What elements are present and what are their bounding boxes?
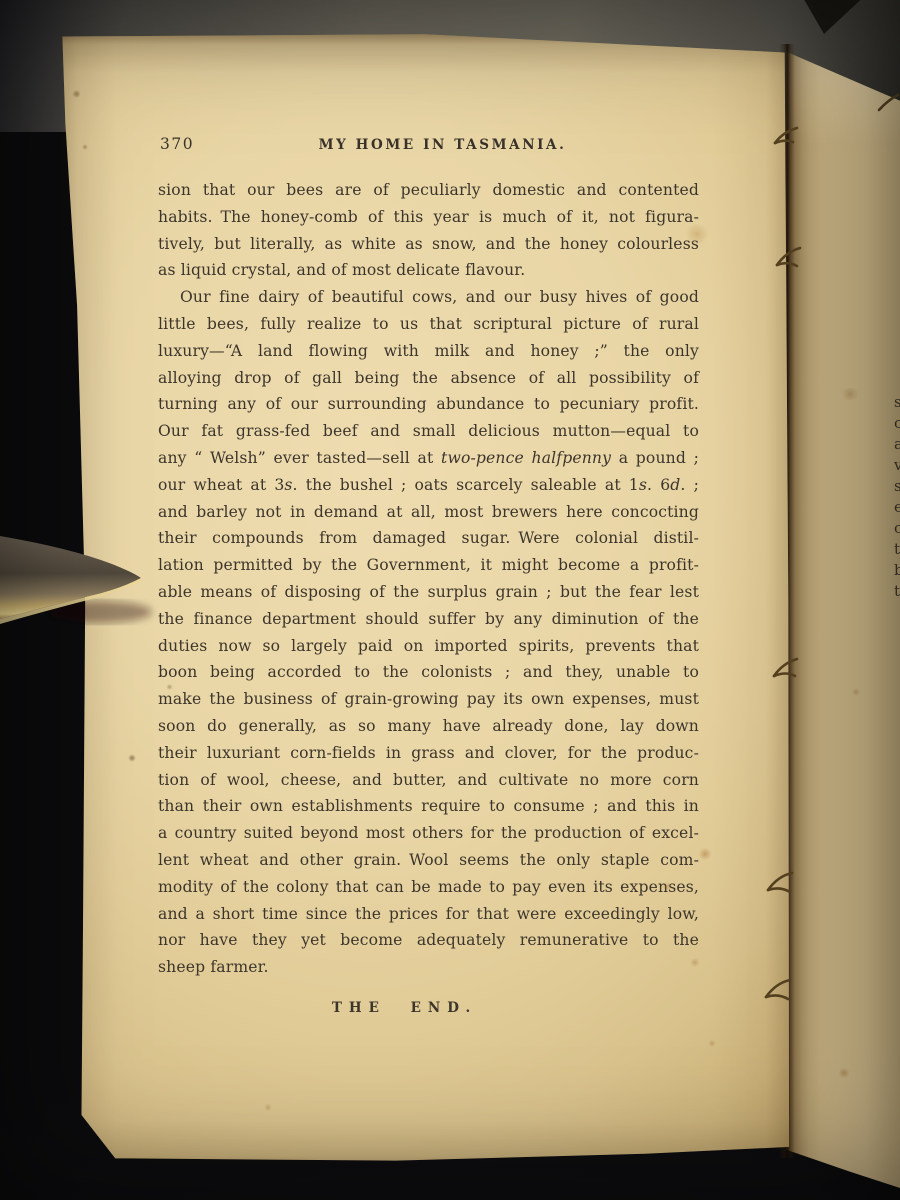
text-line: lent wheat and other grain. Wool seems t… (158, 847, 699, 874)
text-line: lation permitted by the Government, it m… (158, 552, 699, 579)
edge-letter-fragment: s (894, 476, 900, 497)
text-line: luxury—“A land flowing with milk and hon… (158, 338, 699, 365)
edge-letter-fragment: b (894, 560, 900, 581)
text-line: their luxuriant corn-fields in grass and… (158, 740, 699, 767)
book-fore-edge-pages (786, 0, 900, 1200)
edge-letter-fragment: t (894, 539, 900, 560)
text-line: and barley not in demand at all, most br… (158, 499, 699, 526)
stain-spot (82, 144, 88, 150)
text-line: sion that our bees are of peculiarly dom… (158, 177, 699, 204)
text-line: their compounds from damaged sugar. Were… (158, 525, 699, 552)
text-line: as liquid crystal, and of most delicate … (158, 257, 699, 284)
facing-page-text-fragments: soavsectbt (894, 392, 900, 602)
text-line: habits. The honey-comb of this year is m… (158, 204, 699, 231)
text-line: the finance department should suffer by … (158, 606, 699, 633)
body-text: sion that our bees are of peculiarly dom… (158, 177, 699, 981)
edge-letter-fragment: c (894, 518, 900, 539)
stain-spot (708, 1040, 716, 1047)
text-line: and a short time since the prices for th… (158, 901, 699, 928)
text-line: nor have they yet become adequately remu… (158, 927, 699, 954)
facing-page (786, 0, 900, 1200)
book-photo: 370 MY HOME IN TASMANIA. sion that our b… (0, 0, 900, 1200)
text-line: Our fat grass-fed beef and small delicio… (158, 418, 699, 445)
page-header: 370 MY HOME IN TASMANIA. (158, 135, 699, 159)
stain-spot (72, 90, 81, 98)
text-line: than their own establishments require to… (158, 793, 699, 820)
edge-letter-fragment: o (894, 413, 900, 434)
edge-letter-fragment: a (894, 434, 900, 455)
edge-letter-fragment: s (894, 392, 900, 413)
edge-letter-fragment: t (894, 581, 900, 602)
text-line: turning any of our surrounding abundance… (158, 391, 699, 418)
text-line: Our fine dairy of beautiful cows, and ou… (158, 284, 699, 311)
text-line: alloying drop of gall being the absence … (158, 365, 699, 392)
end-mark: THE END. (134, 1000, 675, 1016)
text-line: tion of wool, cheese, and butter, and cu… (158, 767, 699, 794)
text-line: modity of the colony that can be made to… (158, 874, 699, 901)
stain-spot (698, 848, 712, 860)
text-line: tively, but literally, as white as snow,… (158, 231, 699, 258)
book-page: 370 MY HOME IN TASMANIA. sion that our b… (58, 32, 792, 1172)
text-line: make the business of grain-growing pay i… (158, 686, 699, 713)
text-line: boon being accorded to the colonists ; a… (158, 659, 699, 686)
text-line: duties now so largely paid on imported s… (158, 633, 699, 660)
text-line: little bees, fully realize to us that sc… (158, 311, 699, 338)
stain-spot (128, 754, 136, 762)
edge-letter-fragment: v (894, 455, 900, 476)
text-line: a country suited beyond most others for … (158, 820, 699, 847)
text-line: our wheat at 3s. the bushel ; oats scarc… (158, 472, 699, 499)
text-line: soon do generally, as so many have alrea… (158, 713, 699, 740)
running-header: MY HOME IN TASMANIA. (172, 137, 713, 153)
text-line: able means of disposing of the surplus g… (158, 579, 699, 606)
text-line: sheep farmer. (158, 954, 699, 981)
text-line: any “ Welsh” ever tasted—sell at two-pen… (158, 445, 699, 472)
edge-letter-fragment: e (894, 497, 900, 518)
stain-spot (264, 1104, 272, 1111)
